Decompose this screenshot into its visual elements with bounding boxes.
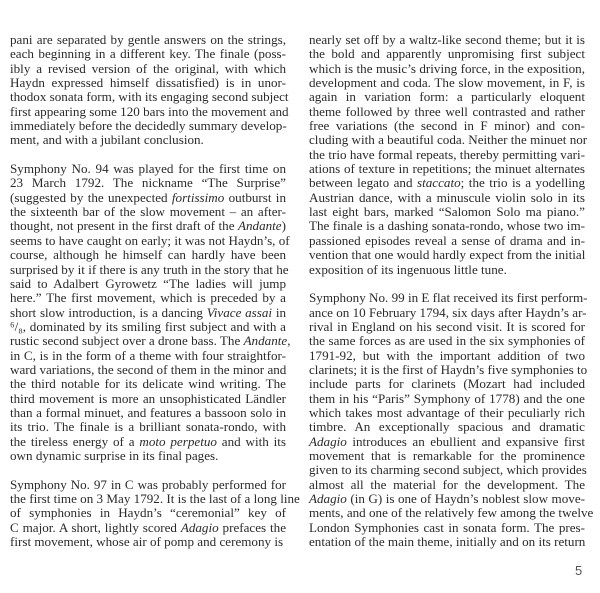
text-line: immediately before the decidedly summary…	[10, 119, 286, 133]
text-line: 1791-92, but with the important addition…	[309, 349, 585, 363]
text-line: first movement, whose air of pomp and ce…	[10, 535, 286, 549]
text-line: the sixteenth bar of the slow movement –…	[10, 205, 286, 219]
paragraph-gap	[10, 148, 286, 162]
text-line: Haydn expressed himself dissatisfied) is…	[10, 76, 286, 90]
text-line: the first time on 3 May 1792. It is the …	[10, 492, 286, 506]
text-line: the tireless energy of a moto perpetuo a…	[10, 435, 286, 449]
text-line: its trio. The finale is a brilliant sona…	[10, 420, 286, 434]
paragraph: nearly set off by a waltz-like second th…	[309, 33, 585, 277]
text-line: C major. A short, lightly scored Adagio …	[10, 521, 286, 535]
text-line: cluding with a beautiful coda. Neither t…	[309, 133, 585, 147]
text-line: them in his “Paris” Symphony of 1778) an…	[309, 392, 585, 406]
text-line: each beginning in a different key. The f…	[10, 47, 286, 61]
text-line: vention that one would hardly expect fro…	[309, 248, 585, 262]
text-line: The finale is a dashing sonata-rondo, wh…	[309, 219, 585, 233]
text-line: given to its charming second subject, wh…	[309, 463, 585, 477]
paragraph-gap	[309, 277, 585, 291]
text-line: 23 March 1792. The nickname “The Surpris…	[10, 176, 286, 190]
text-line: the third notable for its delicate wind …	[10, 377, 286, 391]
text-line: in C, is in the form of a theme with fou…	[10, 349, 286, 363]
text-line: between legato and staccato; the trio is…	[309, 176, 585, 190]
text-line: thought, not present in the first draft …	[10, 219, 286, 233]
text-line: ance on 10 February 1794, six days after…	[309, 306, 585, 320]
text-line: almost all the material for the developm…	[309, 478, 585, 492]
text-line: exposition of its ingenuous little tune.	[309, 263, 585, 277]
text-line: again in variation form: a particularly …	[309, 90, 585, 104]
text-line: ments, and one of the relatively few amo…	[309, 506, 585, 520]
text-line: ations of texture in repetitions; the mi…	[309, 162, 585, 176]
text-line: Symphony No. 97 in C was probably perfor…	[10, 478, 286, 492]
text-line: which is the music’s driving force, in t…	[309, 62, 585, 76]
text-line: Symphony No. 99 in E flat received its f…	[309, 291, 585, 305]
text-line: Adagio introduces an ebullient and expan…	[309, 435, 585, 449]
text-line: free variations (the second in F minor) …	[309, 119, 585, 133]
text-line: Adagio (in G) is one of Haydn’s noblest …	[309, 492, 585, 506]
text-line: last eight bars, marked “Salomon Solo ma…	[309, 205, 585, 219]
text-line: ment, and with a jubilant conclusion.	[10, 133, 286, 147]
text-line: Austrian dance, with a minuscule violin …	[309, 191, 585, 205]
text-line: thodox sonata form, with its engaging se…	[10, 90, 286, 104]
text-line: course, although he himself can hardly h…	[10, 248, 286, 262]
text-line: pani are separated by gentle answers on …	[10, 33, 286, 47]
text-line: timbre. An exceptionally spacious and dr…	[309, 420, 585, 434]
text-line: ibly a revised version of the original, …	[10, 62, 286, 76]
paragraph: Symphony No. 99 in E flat received its f…	[309, 291, 585, 549]
text-line: here.” The first movement, which is prec…	[10, 291, 286, 305]
text-line: the trio have formal repeats, thereby pe…	[309, 148, 585, 162]
text-line: seems to have caught on early; it was no…	[10, 234, 286, 248]
text-line: which takes most advantage of their pecu…	[309, 406, 585, 420]
text-line: development and coda. The slow movement,…	[309, 76, 585, 90]
text-line: include parts for clarinets (Mozart had …	[309, 377, 585, 391]
text-line: than a formal minuet, and features a bas…	[10, 406, 286, 420]
paragraph-gap	[10, 463, 286, 477]
right-column: nearly set off by a waltz-like second th…	[309, 33, 585, 549]
text-line: London Symphonies cast in sonata form. T…	[309, 521, 585, 535]
text-line: short slow introduction, is a dancing Vi…	[10, 306, 286, 320]
text-line: ⁶/₈, dominated by its smiling first subj…	[10, 320, 286, 334]
text-line: said to Adalbert Gyrowetz “The ladies wi…	[10, 277, 286, 291]
paragraph: Symphony No. 94 was played for the first…	[10, 162, 286, 463]
text-line: clarinets; it is the first of Haydn’s fi…	[309, 363, 585, 377]
text-line: (suggested by the unexpected fortissimo …	[10, 191, 286, 205]
paragraph: Symphony No. 97 in C was probably perfor…	[10, 478, 286, 550]
page-number: 5	[575, 563, 582, 578]
text-line: rustic second subject over a drone bass.…	[10, 334, 286, 348]
text-line: first appearing some 120 bars into the m…	[10, 105, 286, 119]
text-line: entation of the main theme, initially an…	[309, 535, 585, 549]
text-line: rival in England on his second visit. It…	[309, 320, 585, 334]
text-line: theme followed by three well contrasted …	[309, 105, 585, 119]
left-column: pani are separated by gentle answers on …	[10, 33, 286, 549]
text-line: ward variations, the second of them in t…	[10, 363, 286, 377]
text-line: nearly set off by a waltz-like second th…	[309, 33, 585, 47]
text-line: third movement is more an unsophisticate…	[10, 392, 286, 406]
text-line: movement that is remarkable for the prom…	[309, 449, 585, 463]
paragraph: pani are separated by gentle answers on …	[10, 33, 286, 148]
text-line: Symphony No. 94 was played for the first…	[10, 162, 286, 176]
text-line: of symphonies in Haydn’s “ceremonial” ke…	[10, 506, 286, 520]
text-line: passioned episodes reveal a sense of dra…	[309, 234, 585, 248]
text-line: own dynamic surprise in its final pages.	[10, 449, 286, 463]
text-line: the same forces as are used in the six s…	[309, 334, 585, 348]
text-line: the bold and apparently unpromising firs…	[309, 47, 585, 61]
text-line: surprised by it if there is any truth in…	[10, 263, 286, 277]
